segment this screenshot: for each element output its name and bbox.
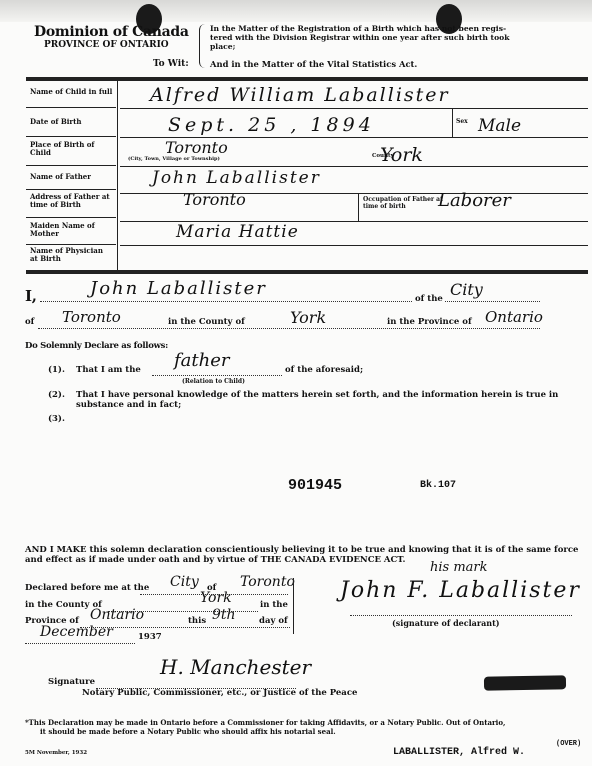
dotted-line (25, 640, 135, 644)
of-the-label: of the (413, 294, 445, 304)
notary-caption: Notary Public, Commissioner, etc., or Ju… (82, 688, 357, 698)
of-label: of (25, 317, 34, 327)
footnote-2: it should be made before a Notary Public… (40, 727, 336, 736)
signature-line (350, 612, 572, 616)
declared-province-value: Ontario (90, 607, 144, 623)
of-the-value: City (450, 280, 483, 299)
registration-number: 901945 (288, 477, 342, 494)
rule (26, 165, 116, 166)
relation-hint: (Relation to Child) (182, 378, 245, 385)
notary-signature-label: Signature (48, 677, 95, 687)
form-bottom-border (26, 270, 588, 274)
dominion-title: Dominion of Canada (34, 24, 189, 40)
rule (452, 108, 453, 137)
book-number: Bk.107 (420, 480, 456, 491)
province-title: PROVINCE OF ONTARIO (44, 40, 169, 50)
scan-top-shading (0, 0, 592, 22)
province-value: Ontario (485, 308, 543, 326)
label-physician: Name of Physician at Birth (30, 247, 110, 263)
item2-text: That I have personal knowledge of the ma… (76, 390, 584, 410)
rule (26, 217, 116, 218)
value-county: York (380, 144, 423, 166)
month-value: December (40, 624, 113, 640)
of-value: Toronto (62, 308, 121, 326)
label-sex: Sex (456, 118, 468, 126)
in-the-label: in the (260, 600, 288, 610)
declarant-name: John Laballister (90, 278, 267, 299)
declared-at-label: Declared before me at the (25, 583, 149, 593)
form-date: 5M November, 1932 (25, 750, 87, 756)
matter-text: In the Matter of the Registration of a B… (210, 24, 585, 51)
value-name-of-father: John Laballister (152, 168, 321, 188)
redaction-mark (484, 675, 566, 690)
label-name-of-child: Name of Child in full (30, 88, 114, 96)
value-occupation: Laborer (438, 190, 511, 211)
item3-number: (3). (48, 414, 65, 424)
rule (358, 193, 359, 221)
county-text: in the County of (166, 317, 247, 327)
rule (120, 108, 588, 109)
closing-statement: AND I MAKE this solemn declaration consc… (25, 545, 585, 565)
rule (120, 166, 588, 167)
his-mark-text: his mark (430, 560, 488, 575)
value-address-of-father: Toronto (183, 190, 246, 209)
item1-number: (1). (48, 365, 65, 375)
value-sex: Male (478, 116, 521, 136)
form-top-border (26, 77, 588, 81)
label-date-of-birth: Date of Birth (30, 118, 81, 126)
item1-value: father (174, 350, 229, 371)
solemnly-declare: Do Solemnly Declare as follows: (25, 341, 168, 351)
declared-of-value: Toronto (240, 574, 295, 590)
dotted-line (152, 372, 282, 376)
label-address-of-father: Address of Father at time of Birth (30, 193, 110, 209)
this-label: this (187, 616, 207, 626)
rule (26, 136, 116, 137)
county-value: York (290, 308, 326, 327)
item1-prefix: That I am the (76, 365, 141, 375)
declared-county-value: York (200, 590, 232, 606)
label-place-of-birth: Place of Birth of Child (30, 141, 110, 157)
notary-signature: H. Manchester (160, 655, 311, 679)
label-name-of-father: Name of Father (30, 173, 91, 181)
value-name-of-child: Alfred William Laballister (150, 84, 450, 106)
index-name: LABALLISTER, Alfred W. (393, 747, 525, 758)
rule (26, 107, 116, 108)
rule (26, 189, 116, 190)
rule (120, 245, 588, 246)
declared-at-value: City (170, 574, 199, 590)
item2-number: (2). (48, 390, 65, 400)
footnote-1: *This Declaration may be made in Ontario… (25, 718, 585, 727)
label-maiden-name-of-mother: Maiden Name of Mother (30, 222, 100, 238)
vital-statistics-act: And in the Matter of the Vital Statistic… (210, 59, 417, 69)
day-of-label: day of (258, 616, 289, 626)
form-divider (117, 80, 118, 270)
declarant-signature: John F. Laballister (340, 578, 581, 603)
value-maiden-name: Maria Hattie (176, 222, 299, 242)
value-date-of-birth: Sept. 25 , 1894 (168, 114, 375, 136)
rule (26, 244, 116, 245)
brace (199, 24, 208, 68)
signature-caption: (signature of declarant) (392, 618, 500, 628)
i-label: I, (25, 287, 37, 305)
to-wit-label: To Wit: (153, 59, 189, 69)
over-label: (OVER) (556, 740, 581, 748)
bracket (288, 578, 294, 634)
value-place-of-birth: Toronto (165, 138, 228, 157)
day-value: 9th (212, 607, 236, 623)
year-value: 1937 (138, 632, 162, 642)
province-text: in the Province of (385, 317, 474, 327)
item1-suffix: of the aforesaid; (285, 365, 363, 375)
